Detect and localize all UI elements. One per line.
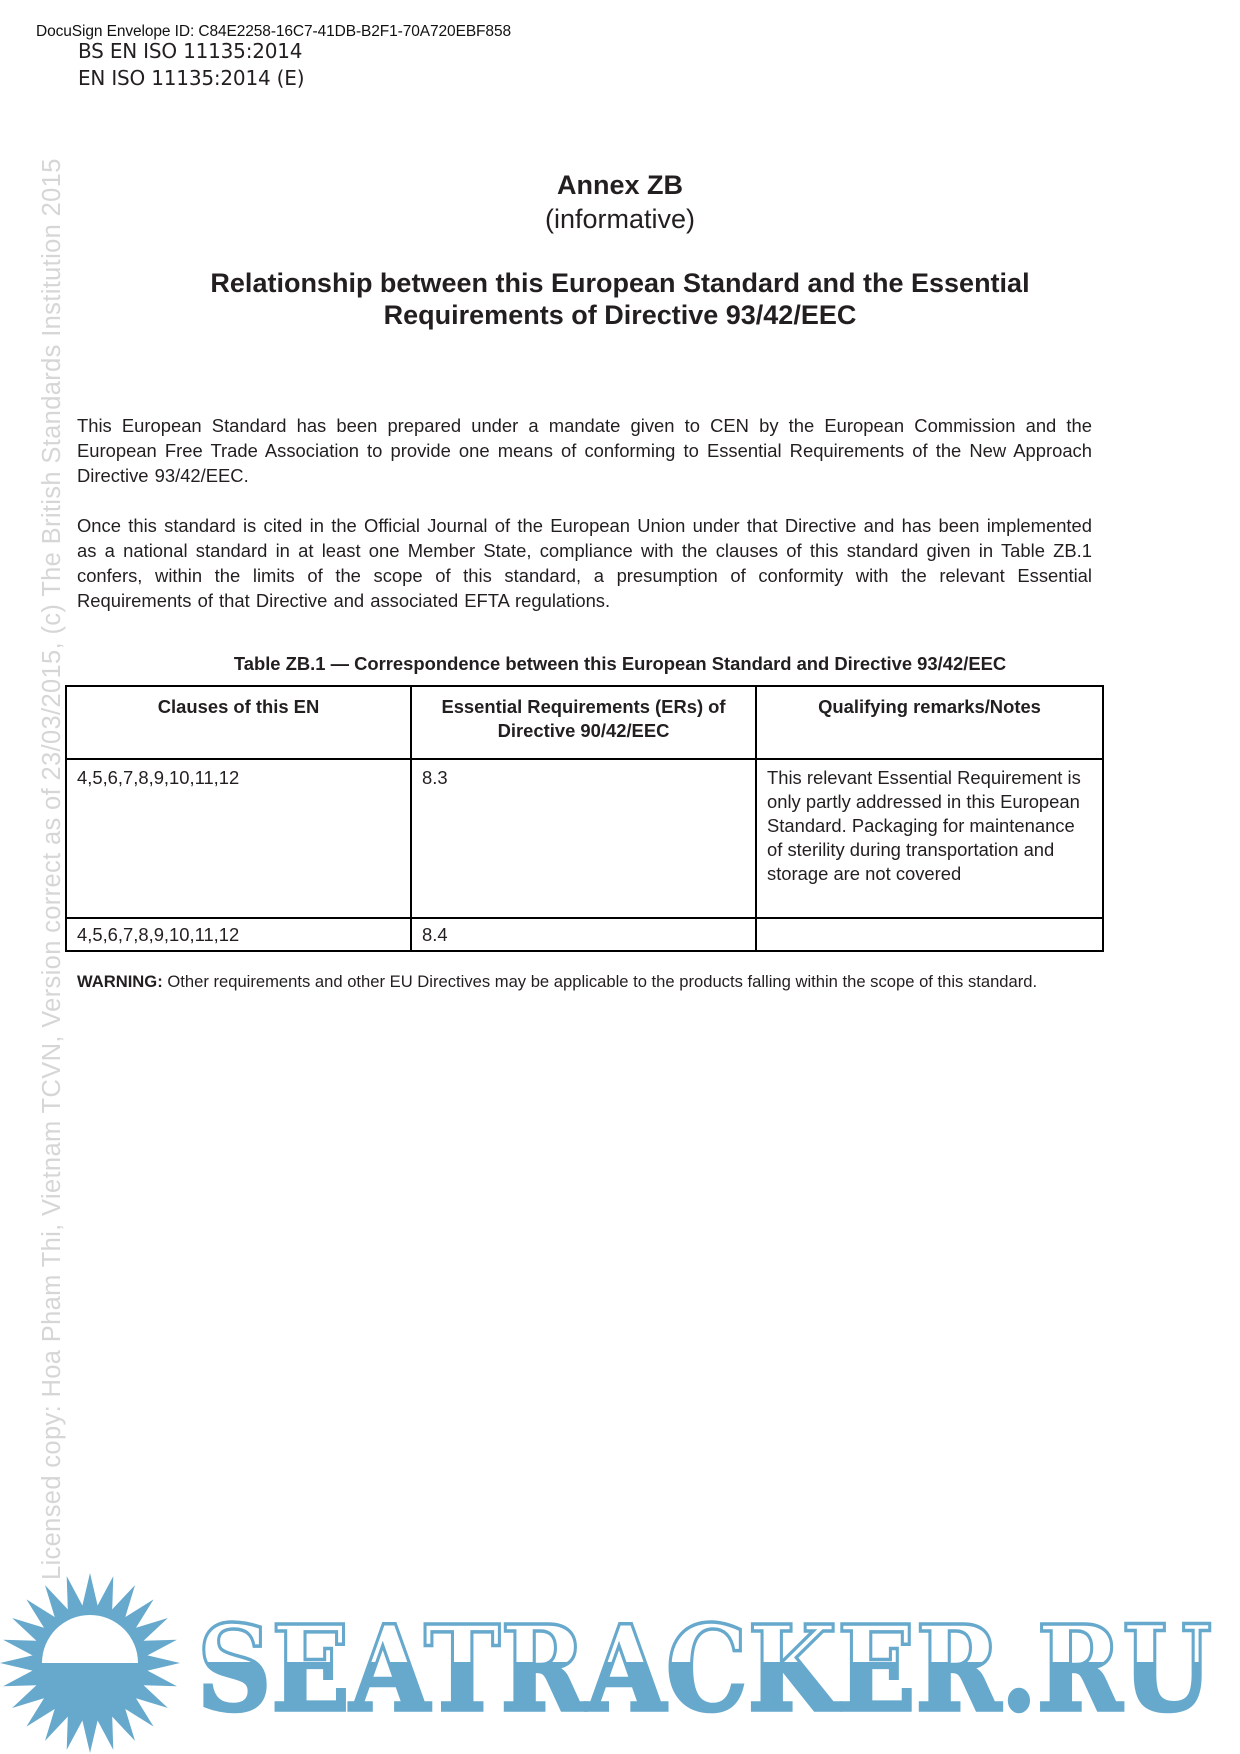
column-header-essential-requirements: Essential Requirements (ERs) of Directiv… — [411, 686, 756, 759]
correspondence-table: Clauses of this EN Essential Requirement… — [65, 685, 1104, 952]
bs-standard-id: BS EN ISO 11135:2014 — [78, 39, 302, 63]
sun-icon — [0, 1573, 180, 1753]
body-paragraph-2: Once this standard is cited in the Offic… — [77, 513, 1092, 613]
en-standard-id: EN ISO 11135:2014 (E) — [78, 66, 304, 90]
column-header-remarks: Qualifying remarks/Notes — [756, 686, 1103, 759]
table-caption: Table ZB.1 — Correspondence between this… — [0, 653, 1240, 675]
cell-clauses: 4,5,6,7,8,9,10,11,12 — [66, 918, 411, 951]
cell-essential-requirement: 8.3 — [411, 759, 756, 918]
seatracker-logo: SEATRACKER.RU SEATRACKER.RU — [0, 1560, 1240, 1754]
warning-text: Other requirements and other EU Directiv… — [163, 972, 1037, 991]
cell-remarks — [756, 918, 1103, 951]
warning-label: WARNING: — [77, 972, 163, 991]
annex-subtitle: (informative) — [0, 204, 1240, 235]
warning-note: WARNING: Other requirements and other EU… — [77, 970, 1092, 993]
logo-wordmark: SEATRACKER.RU SEATRACKER.RU — [197, 1599, 1212, 1738]
license-watermark: Licensed copy: Hoa Pham Thi, Vietnam TCV… — [38, 158, 67, 1580]
annex-title: Annex ZB — [0, 170, 1240, 201]
table-row: 4,5,6,7,8,9,10,11,12 8.3 This relevant E… — [66, 759, 1103, 918]
annex-heading-line-1: Relationship between this European Stand… — [0, 268, 1240, 299]
body-paragraph-1: This European Standard has been prepared… — [77, 413, 1092, 488]
cell-clauses: 4,5,6,7,8,9,10,11,12 — [66, 759, 411, 918]
annex-heading-line-2: Requirements of Directive 93/42/EEC — [0, 300, 1240, 331]
table-row: 4,5,6,7,8,9,10,11,12 8.4 — [66, 918, 1103, 951]
cell-remarks: This relevant Essential Requirement is o… — [756, 759, 1103, 918]
table-header-row: Clauses of this EN Essential Requirement… — [66, 686, 1103, 759]
cell-essential-requirement: 8.4 — [411, 918, 756, 951]
column-header-clauses: Clauses of this EN — [66, 686, 411, 759]
